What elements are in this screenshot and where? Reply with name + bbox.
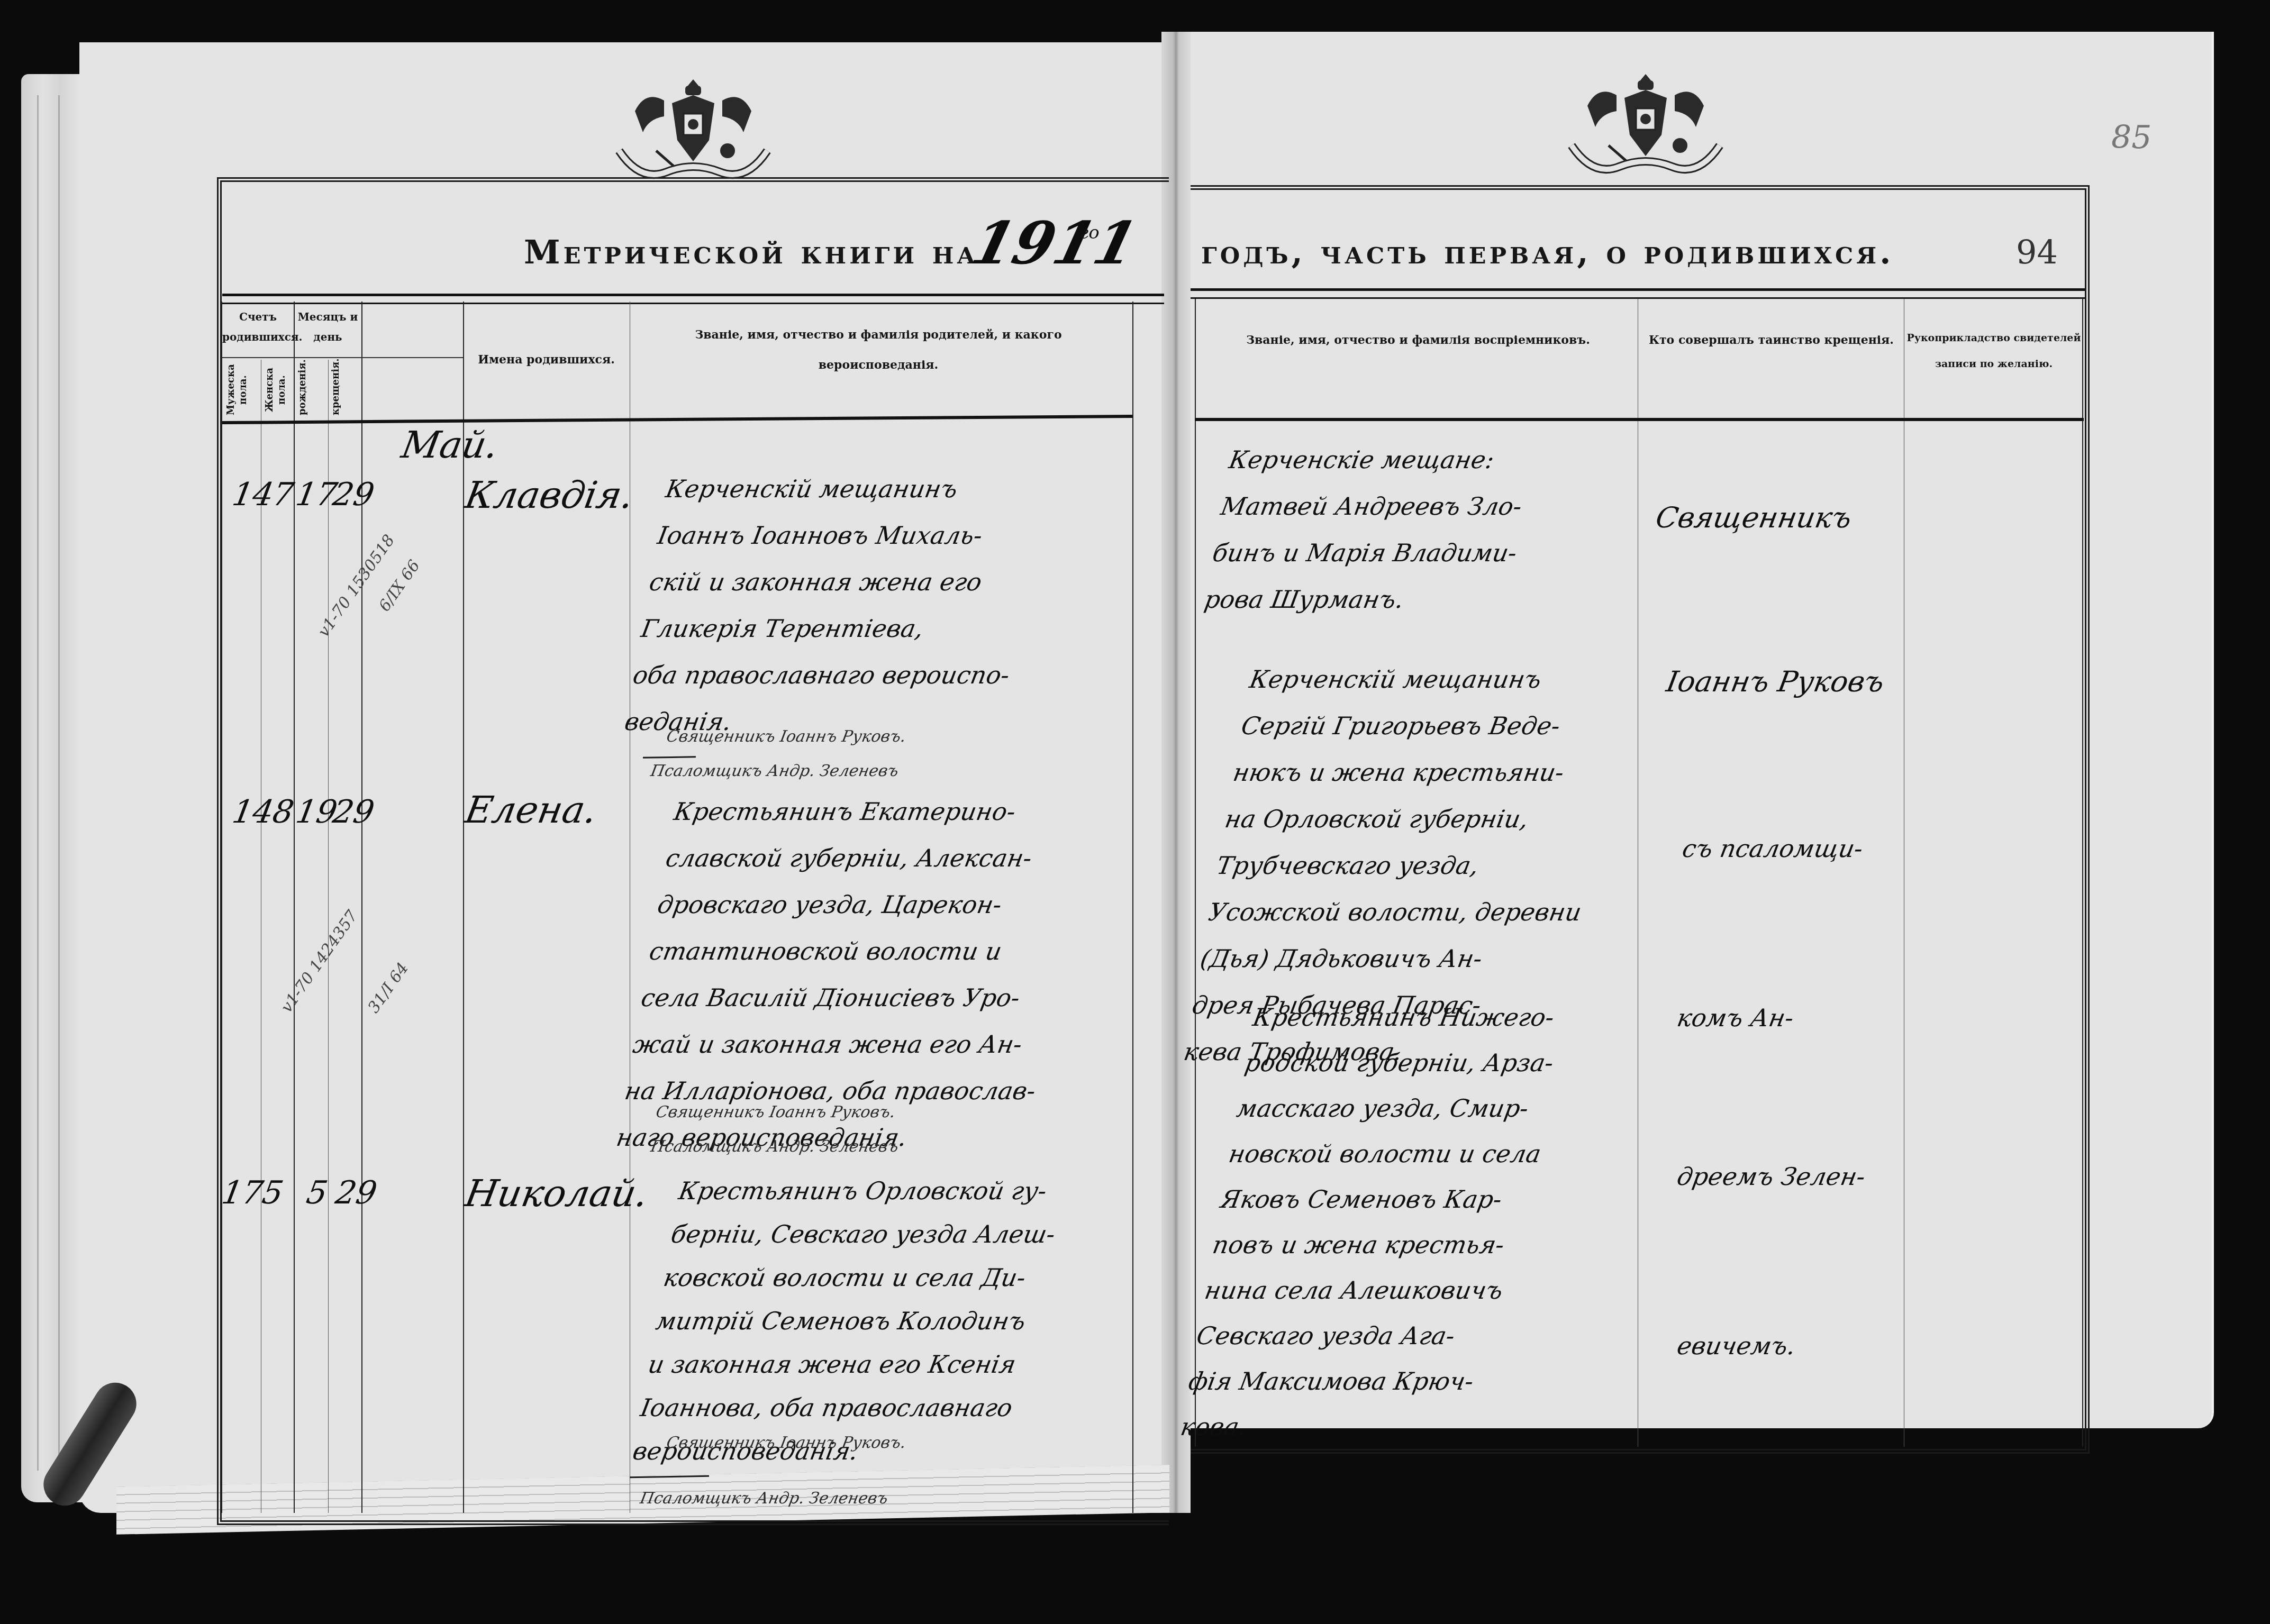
godparents-text: Керченскіе мещане: Матвей Андреевъ Зло- … (1201, 436, 1537, 623)
entry-male-number: 175 (219, 1174, 286, 1211)
psalmist-signature: Псаломщикъ Андр. Зеленевъ (649, 1137, 900, 1156)
officiant-line: Священникъ (1652, 495, 1855, 541)
page-number: 94 (2016, 233, 2058, 271)
header-rule-right (1191, 288, 2085, 299)
officiant-line: комъ Ан- (1673, 995, 1797, 1041)
priest-signature: Священникъ Іоаннъ Руковъ. (665, 1434, 907, 1452)
parents-text: Керченскій мещанинъ Іоаннъ Іоанновъ Миха… (621, 466, 1046, 745)
header-birth: рожденія. (296, 365, 327, 415)
header-parents: Званіе, имя, отчество и фамилія родителе… (635, 320, 1122, 380)
psalmist-signature: Псаломщикъ Андр. Зеленевъ (639, 1489, 889, 1508)
entry-baptism-day: 29 (330, 476, 377, 513)
entry-baptism-day: 29 (330, 793, 377, 831)
entry-female-number: 147 (230, 476, 297, 513)
entry-baptism-day: 29 (333, 1174, 380, 1211)
priest-signature: Священникъ Іоаннъ Руковъ. (655, 1103, 897, 1121)
handwritten-year: 1911 (965, 209, 1144, 277)
child-name: Елена. (462, 788, 601, 832)
officiant-line: евичемъ. (1673, 1322, 1799, 1369)
header-names: Имена родившихся. (466, 349, 627, 371)
header-birth-count: Счетъ родившихся. (222, 307, 294, 347)
header-female: Женска пола. (264, 365, 293, 415)
priest-signature: Священникъ Іоаннъ Руковъ. (665, 727, 907, 746)
header-male: Мужеска пола. (225, 365, 257, 415)
month-note: Май. (398, 423, 502, 467)
double-headed-eagle-icon (1566, 66, 1725, 177)
header-witnesses: Рукоприкладство свидетелей записи по жел… (1906, 325, 2081, 378)
psalmist-signature: Псаломщикъ Андр. Зеленевъ (649, 762, 900, 780)
register-title-right: годъ, часть первая, о родившихся. (1201, 233, 1894, 271)
child-name: Николай. (462, 1172, 651, 1215)
officiant-line: Іоаннъ Руковъ (1663, 659, 1888, 705)
header-rule-left (222, 294, 1164, 304)
officiant-line: съ псаломщи- (1678, 825, 1867, 872)
header-officiant: Кто совершалъ таинство крещенія. (1640, 325, 1902, 355)
header-baptism: крещенія. (330, 365, 360, 415)
header-godparents: Званіе, имя, отчество и фамилія воспріем… (1201, 325, 1635, 355)
child-name: Клавдія. (462, 473, 637, 517)
parents-text: Крестьянинъ Орловской гу- берніи, Севска… (629, 1169, 1066, 1473)
header-month-day: Месяцъ и день (295, 307, 361, 347)
officiant-line: дреемъ Зелен- (1673, 1153, 1869, 1200)
pencil-folio-number: 85 (2111, 119, 2151, 156)
register-title-left: Метрической книги на (524, 233, 978, 271)
year-suffix: го (1079, 222, 1100, 243)
double-headed-eagle-icon (614, 71, 773, 183)
entry-female-number: 148 (230, 793, 297, 831)
